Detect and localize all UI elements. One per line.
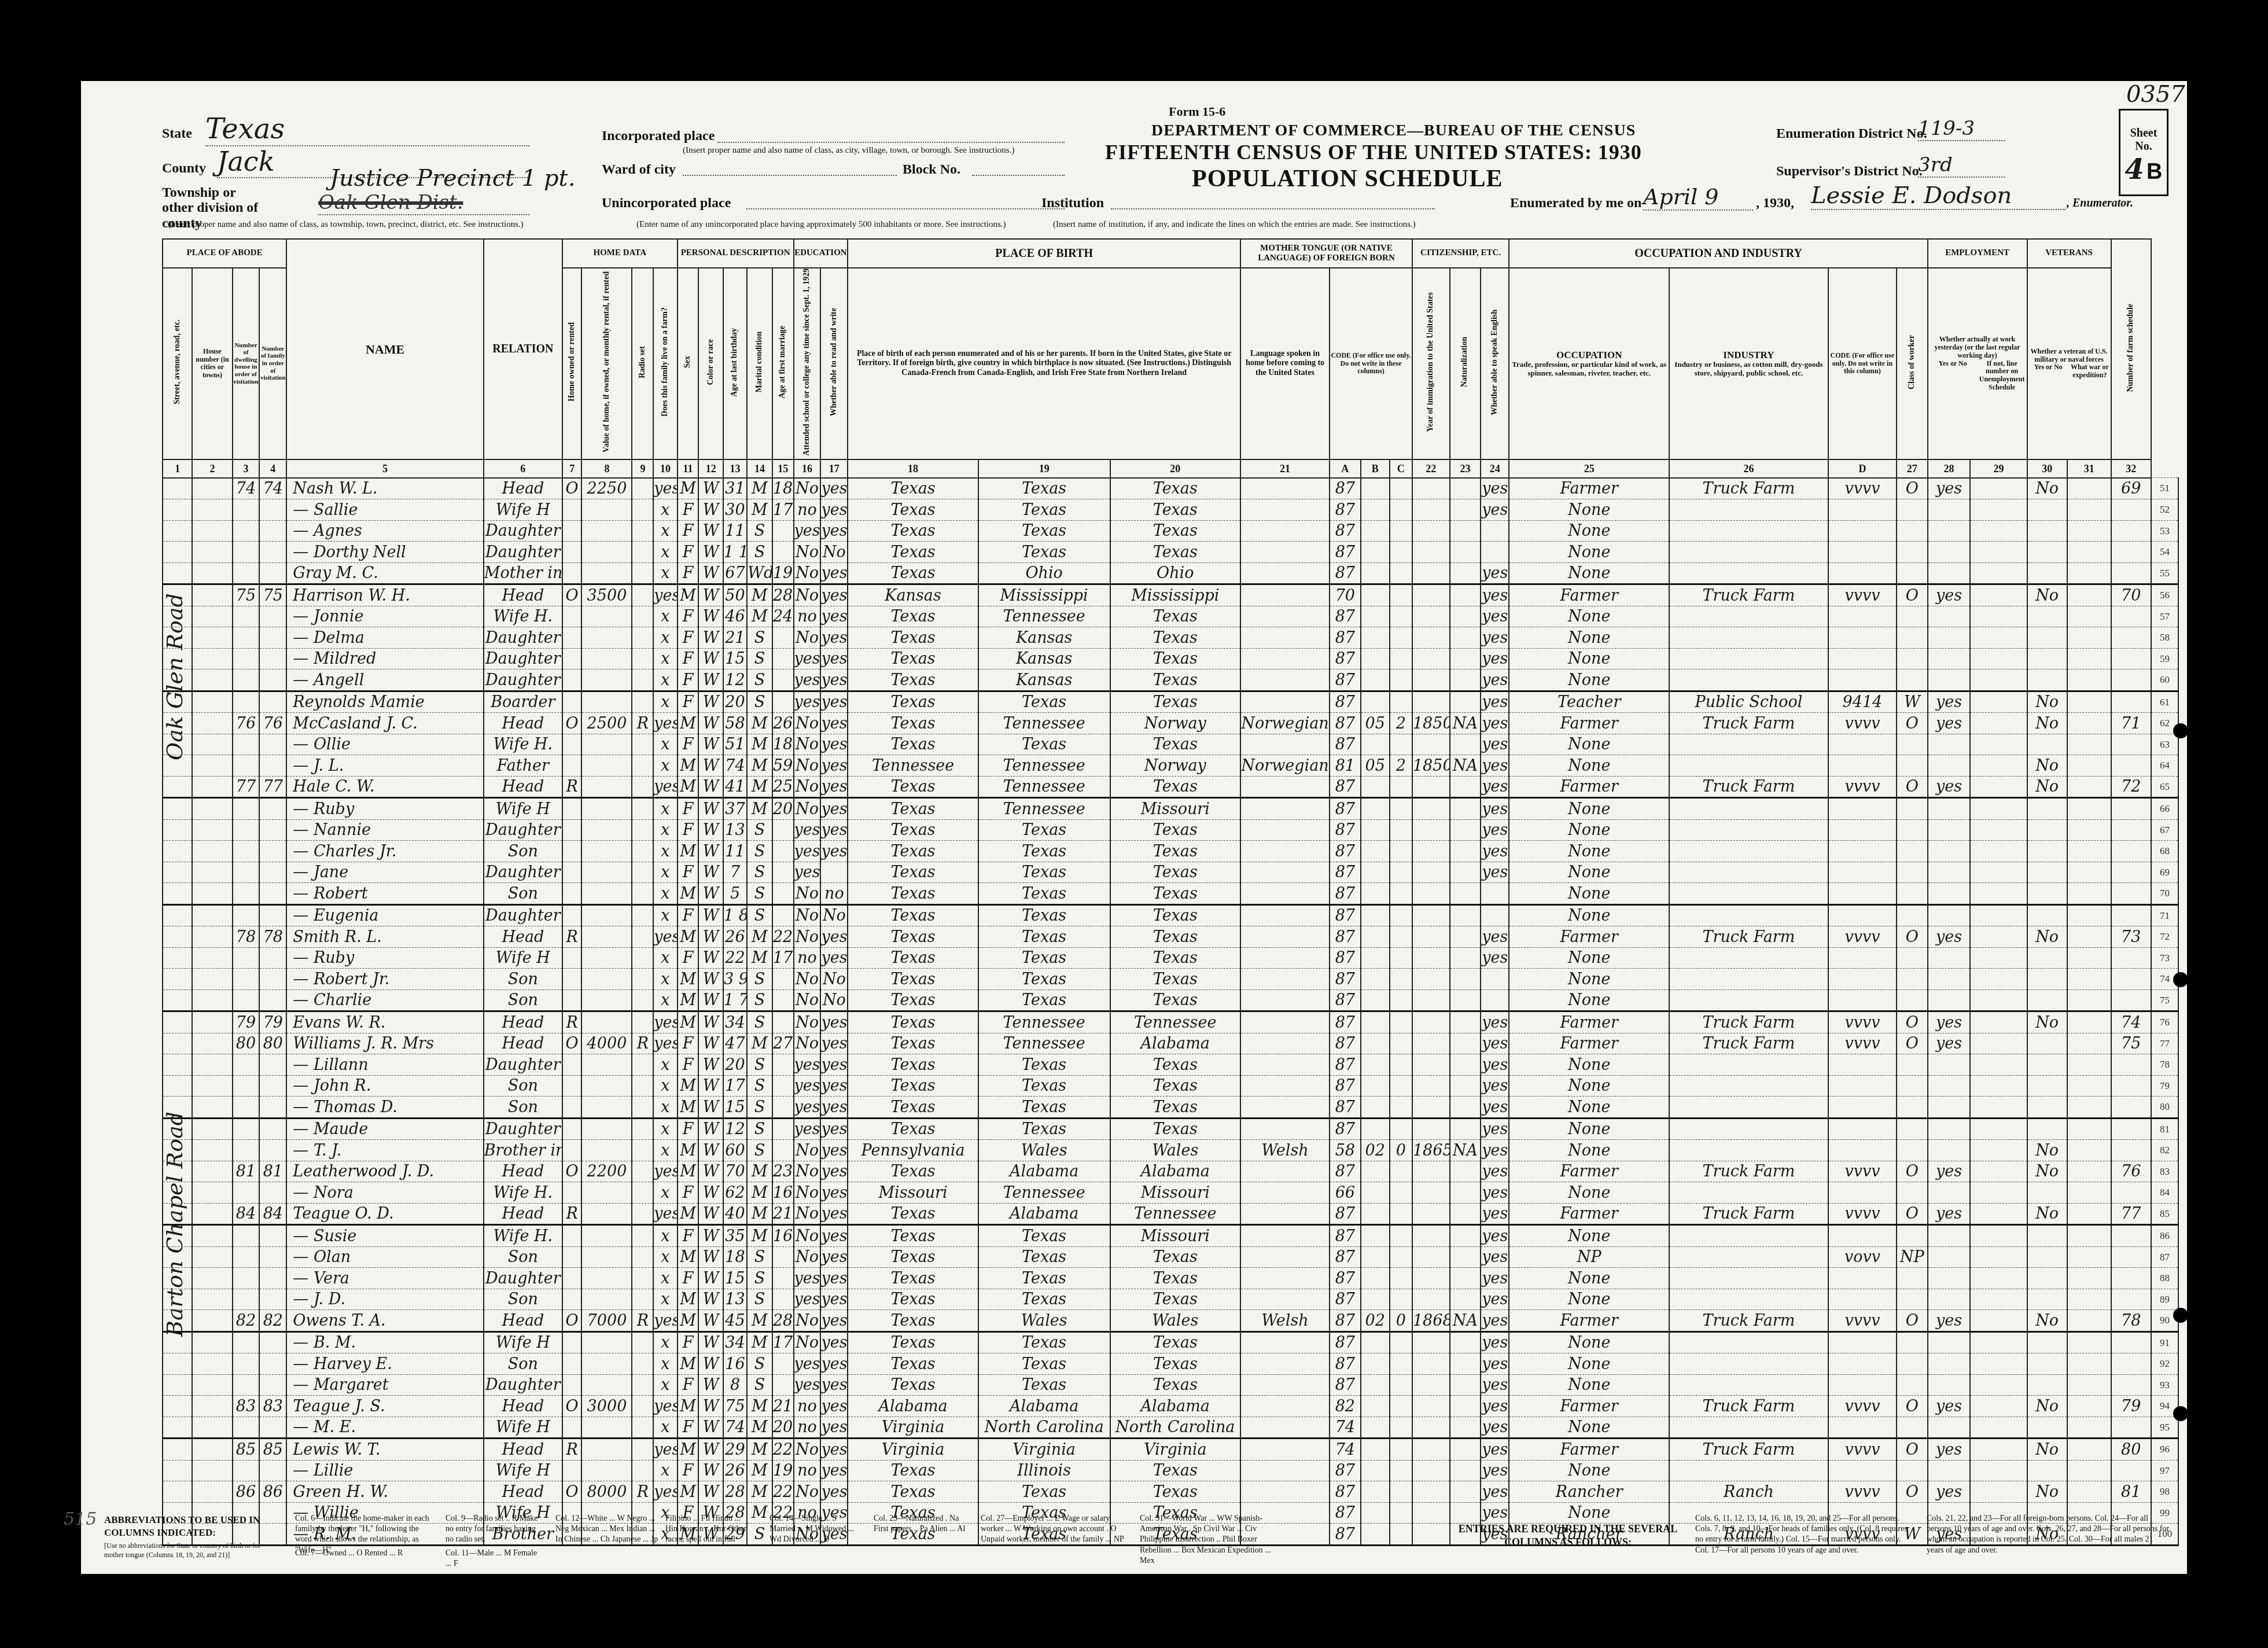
cell-farm: x: [653, 1140, 677, 1161]
cell-school: yes: [794, 1353, 821, 1375]
cell-read: yes: [820, 713, 848, 734]
cell-family: [259, 1054, 286, 1076]
cell-pob-father: Kansas: [978, 627, 1110, 649]
column-number: 32: [2111, 459, 2151, 478]
cell-race: W: [698, 627, 723, 649]
cell-sex: M: [678, 1140, 699, 1161]
abbreviations-footer: 515 ABBREVIATIONS TO BE USED IN COLUMNS …: [81, 1508, 2187, 1572]
column-number: 18: [848, 459, 978, 478]
cell-lang: [1240, 734, 1330, 755]
cell-street: [163, 755, 192, 777]
cell-natur: [1450, 1460, 1481, 1481]
cell-vet: [2027, 947, 2067, 969]
cell-farm: x: [653, 1353, 677, 1375]
cell-code-a: 58: [1330, 1140, 1361, 1161]
cell-vet: [2027, 1374, 2067, 1396]
cell-age: 12: [723, 669, 747, 691]
cell-farm-sched: 80: [2111, 1439, 2151, 1461]
cell-age-marr: [772, 691, 794, 713]
cell-dwelling: [233, 669, 260, 691]
cell-age-marr: 19: [772, 562, 794, 584]
cell-pob-father: Alabama: [978, 1396, 1110, 1417]
cell-code-b: [1361, 1268, 1390, 1289]
cell-read: yes: [820, 1011, 848, 1033]
cell-farm-sched: [2111, 883, 2151, 905]
cell-war: [2067, 499, 2111, 521]
cell-name: — Robert Jr.: [286, 969, 483, 990]
cell-at-work: [1928, 904, 1971, 926]
cell-radio: [632, 798, 653, 820]
cell-vet: [2027, 1331, 2067, 1353]
cell-code-c: [1390, 1054, 1412, 1076]
cell-vet: No: [2027, 1203, 2067, 1225]
cell-age: 15: [723, 648, 747, 669]
cell-age-marr: 19: [772, 1460, 794, 1481]
cell-unemp: [1970, 1353, 2027, 1375]
column-number: 16: [794, 459, 821, 478]
cell-pob: Texas: [848, 1161, 978, 1182]
cell-owned: [562, 1374, 581, 1396]
cell-race: W: [698, 562, 723, 584]
cell-owned: [562, 755, 581, 777]
cell-line: 53: [2151, 520, 2178, 542]
cell-pob-mother: Alabama: [1110, 1396, 1240, 1417]
cell-war: [2067, 1182, 2111, 1204]
cell-age-marr: [772, 883, 794, 905]
cell-vet: [2027, 669, 2067, 691]
cell-sex: F: [678, 1460, 699, 1481]
table-row: — LillieWife HxFW26M19noyesTexasIllinois…: [163, 1460, 2178, 1481]
cell-pob-mother: North Carolina: [1110, 1417, 1240, 1439]
cell-age-marr: [772, 1011, 794, 1033]
cell-english: yes: [1481, 1289, 1509, 1310]
cell-pob-mother: Texas: [1110, 499, 1240, 521]
cell-at-work: [1928, 798, 1971, 820]
cell-marital: S: [747, 1054, 772, 1076]
cell-name: Teague J. S.: [286, 1396, 483, 1417]
cell-farm-sched: [2111, 734, 2151, 755]
cell-pob-mother: Texas: [1110, 1481, 1240, 1503]
cell-relation: Daughter: [484, 1118, 562, 1140]
cell-code-a: 87: [1330, 478, 1361, 499]
sheet-side: B: [2146, 160, 2162, 184]
cell-sex: F: [678, 1225, 699, 1247]
cell-pob-father: Texas: [978, 947, 1110, 969]
cell-english: [1481, 904, 1509, 926]
cell-immig: [1412, 947, 1450, 969]
enum-district-label: Enumeration District No.: [1776, 126, 1927, 142]
cell-marital: S: [747, 989, 772, 1011]
cell-immig: 1868: [1412, 1310, 1450, 1332]
cell-industry: [1669, 1140, 1828, 1161]
cell-lang: [1240, 1460, 1330, 1481]
group-header-relation: RELATION: [484, 239, 562, 459]
cell-sex: M: [678, 1353, 699, 1375]
cell-unemp: [1970, 798, 2027, 820]
table-row: Reynolds MamieBoarderxFW20SyesyesTexasTe…: [163, 691, 2178, 713]
cell-class: [1897, 1118, 1928, 1140]
cell-vet: No: [2027, 478, 2067, 499]
cell-school: No: [794, 755, 821, 777]
table-row: — MaudeDaughterxFW12SyesyesTexasTexasTex…: [163, 1118, 2178, 1140]
cell-occupation: None: [1509, 969, 1669, 990]
cell-vet: [2027, 989, 2067, 1011]
cell-family: [259, 606, 286, 627]
cell-owned: [562, 1225, 581, 1247]
column-number: 29: [1970, 459, 2027, 478]
cell-race: W: [698, 691, 723, 713]
cell-english: yes: [1481, 1033, 1509, 1054]
cell-code-d: vvvv: [1828, 926, 1897, 948]
cell-age-marr: 16: [772, 1225, 794, 1247]
cell-class: [1897, 755, 1928, 777]
cell-vet: [2027, 1033, 2067, 1054]
cell-unemp: [1970, 1097, 2027, 1119]
cell-occupation: None: [1509, 1460, 1669, 1481]
cell-value: [581, 499, 632, 521]
table-row: — DelmaDaughterxFW21SNoyesTexasKansasTex…: [163, 627, 2178, 649]
cell-line: 89: [2151, 1289, 2178, 1310]
cell-radio: [632, 989, 653, 1011]
header-language: Language spoken in home before coming to…: [1240, 268, 1330, 459]
unincorporated-value: [746, 208, 1065, 209]
cell-code-a: 87: [1330, 1011, 1361, 1033]
cell-code-d: vvvv: [1828, 776, 1897, 798]
cell-war: [2067, 1054, 2111, 1076]
cell-code-c: [1390, 1417, 1412, 1439]
cell-natur: [1450, 542, 1481, 563]
cell-age: 1 7/12: [723, 989, 747, 1011]
cell-sex: F: [678, 819, 699, 841]
cell-age: 21: [723, 627, 747, 649]
column-number: B: [1361, 459, 1390, 478]
cell-code-a: 87: [1330, 862, 1361, 883]
cell-house: [192, 1246, 232, 1268]
cell-age: 29: [723, 1439, 747, 1461]
cell-pob: Missouri: [848, 1182, 978, 1204]
cell-pob-father: Kansas: [978, 669, 1110, 691]
cell-lang: [1240, 1054, 1330, 1076]
cell-owned: [562, 627, 581, 649]
cell-age-marr: [772, 1097, 794, 1119]
cell-farm-sched: [2111, 819, 2151, 841]
cell-age-marr: [772, 904, 794, 926]
cell-street: [163, 1054, 192, 1076]
cell-house: [192, 926, 232, 948]
cell-english: yes: [1481, 947, 1509, 969]
cell-immig: [1412, 734, 1450, 755]
cell-farm-sched: [2111, 755, 2151, 777]
cell-pob-father: Texas: [978, 1054, 1110, 1076]
cell-pob: Texas: [848, 478, 978, 499]
cell-read: No: [820, 542, 848, 563]
cell-age: 50: [723, 584, 747, 606]
cell-age-marr: 25: [772, 776, 794, 798]
cell-farm: x: [653, 1374, 677, 1396]
cell-house: [192, 627, 232, 649]
cell-name: — Lillie: [286, 1460, 483, 1481]
cell-dwelling: [233, 969, 260, 990]
cell-family: [259, 1460, 286, 1481]
column-number: 4: [259, 459, 286, 478]
cell-read: yes: [820, 1203, 848, 1225]
cell-at-work: [1928, 819, 1971, 841]
cell-war: [2067, 606, 2111, 627]
cell-dwelling: [233, 1225, 260, 1247]
cell-pob: Tennessee: [848, 755, 978, 777]
table-row: 8686Green H. W.HeadO8000RyesMW28M22Noyes…: [163, 1481, 2178, 1503]
county-label: County: [162, 161, 206, 176]
cell-war: [2067, 1417, 2111, 1439]
cell-family: 76: [259, 713, 286, 734]
cell-english: yes: [1481, 478, 1509, 499]
cell-sex: F: [678, 1331, 699, 1353]
table-row: — Dorthy NellDaughterxFW1 1/2SNoNoTexasT…: [163, 542, 2178, 563]
column-number: 12: [698, 459, 723, 478]
cell-unemp: [1970, 841, 2027, 862]
table-row: — NoraWife H.xFW62M16NoyesMissouriTennes…: [163, 1182, 2178, 1204]
cell-radio: R: [632, 1033, 653, 1054]
cell-occupation: Farmer: [1509, 1011, 1669, 1033]
cell-marital: M: [747, 1310, 772, 1332]
header-birth-note: Place of birth of each person enumerated…: [848, 268, 1240, 459]
cell-lang: [1240, 969, 1330, 990]
cell-dwelling: [233, 562, 260, 584]
cell-code-b: [1361, 1075, 1390, 1097]
cell-name: Gray M. C.: [286, 562, 483, 584]
cell-family: [259, 1353, 286, 1375]
cell-industry: Truck Farm: [1669, 1033, 1828, 1054]
cell-code-d: vvvv: [1828, 1161, 1897, 1182]
cell-family: 83: [259, 1396, 286, 1417]
cell-unemp: [1970, 1161, 2027, 1182]
cell-name: — Agnes: [286, 520, 483, 542]
cell-read: yes: [820, 606, 848, 627]
cell-code-a: 82: [1330, 1396, 1361, 1417]
cell-industry: [1669, 1118, 1828, 1140]
cell-at-work: [1928, 1225, 1971, 1247]
cell-code-b: [1361, 841, 1390, 862]
cell-school: No: [794, 562, 821, 584]
cell-occupation: None: [1509, 1140, 1669, 1161]
cell-farm-sched: [2111, 947, 2151, 969]
cell-relation: Wife H: [484, 798, 562, 820]
cell-class: O: [1897, 1310, 1928, 1332]
cell-unemp: [1970, 926, 2027, 948]
cell-dwelling: [233, 499, 260, 521]
cell-code-d: [1828, 755, 1897, 777]
cell-pob-mother: Missouri: [1110, 1182, 1240, 1204]
cell-unemp: [1970, 499, 2027, 521]
cell-unemp: [1970, 713, 2027, 734]
cell-war: [2067, 798, 2111, 820]
cell-owned: [562, 606, 581, 627]
cell-unemp: [1970, 1182, 2027, 1204]
cell-industry: [1669, 627, 1828, 649]
cell-radio: [632, 755, 653, 777]
cell-code-a: 74: [1330, 1417, 1361, 1439]
cell-race: W: [698, 1289, 723, 1310]
cell-read: yes: [820, 1097, 848, 1119]
cell-vet: [2027, 520, 2067, 542]
cell-class: [1897, 627, 1928, 649]
form-number: Form 15-6: [1169, 104, 1225, 119]
cell-at-work: [1928, 648, 1971, 669]
table-row: — SusieWife H.xFW35M16NoyesTexasTexasMis…: [163, 1225, 2178, 1247]
cell-vet: [2027, 1460, 2067, 1481]
cell-vet: [2027, 1289, 2067, 1310]
cell-vet: [2027, 819, 2067, 841]
cell-house: [192, 1331, 232, 1353]
cell-name: — Sallie: [286, 499, 483, 521]
cell-at-work: yes: [1928, 1439, 1971, 1461]
cell-class: [1897, 648, 1928, 669]
cell-radio: [632, 841, 653, 862]
cell-line: 79: [2151, 1075, 2178, 1097]
cell-war: [2067, 1011, 2111, 1033]
cell-occupation: Farmer: [1509, 584, 1669, 606]
cell-value: [581, 841, 632, 862]
cell-line: 54: [2151, 542, 2178, 563]
cell-value: [581, 1331, 632, 1353]
cell-radio: [632, 1161, 653, 1182]
cell-lang: [1240, 1289, 1330, 1310]
cell-marital: S: [747, 819, 772, 841]
cell-pob-mother: Texas: [1110, 1353, 1240, 1375]
cell-code-b: [1361, 1481, 1390, 1503]
cell-farm: yes: [653, 1310, 677, 1332]
cell-pob: Texas: [848, 542, 978, 563]
cell-natur: [1450, 669, 1481, 691]
cell-age-marr: [772, 969, 794, 990]
cell-class: [1897, 904, 1928, 926]
cell-code-a: 87: [1330, 883, 1361, 905]
cell-street: [163, 1460, 192, 1481]
cell-natur: [1450, 1481, 1481, 1503]
sheet-number: 4: [2125, 153, 2144, 186]
cell-code-a: 70: [1330, 584, 1361, 606]
cell-sex: M: [678, 989, 699, 1011]
cell-natur: [1450, 1396, 1481, 1417]
cell-code-c: 0: [1390, 1310, 1412, 1332]
cell-english: yes: [1481, 1182, 1509, 1204]
cell-code-a: 87: [1330, 734, 1361, 755]
cell-code-a: 87: [1330, 1310, 1361, 1332]
cell-pob-mother: Missouri: [1110, 1225, 1240, 1247]
cell-owned: [562, 1118, 581, 1140]
cell-name: — Eugenia: [286, 904, 483, 926]
cell-name: Owens T. A.: [286, 1310, 483, 1332]
cell-vet: No: [2027, 1011, 2067, 1033]
cell-farm: x: [653, 819, 677, 841]
cell-owned: R: [562, 1439, 581, 1461]
cell-dwelling: 83: [233, 1396, 260, 1417]
cell-relation: Son: [484, 969, 562, 990]
cell-unemp: [1970, 606, 2027, 627]
cell-war: [2067, 1396, 2111, 1417]
cell-farm-sched: [2111, 499, 2151, 521]
cell-school: No: [794, 542, 821, 563]
cell-street: [163, 1182, 192, 1204]
cell-marital: M: [747, 776, 772, 798]
cell-pob-mother: Texas: [1110, 1289, 1240, 1310]
cell-owned: O: [562, 1310, 581, 1332]
cell-code-b: [1361, 606, 1390, 627]
cell-pob-mother: Texas: [1110, 904, 1240, 926]
cell-immig: [1412, 562, 1450, 584]
cell-farm-sched: [2111, 627, 2151, 649]
cell-farm: x: [653, 1118, 677, 1140]
cell-house: [192, 669, 232, 691]
cell-relation: Daughter: [484, 1268, 562, 1289]
cell-read: yes: [820, 1310, 848, 1332]
cell-code-a: 87: [1330, 776, 1361, 798]
table-row: — JonnieWife H.xFW46M24noyesTexasTenness…: [163, 606, 2178, 627]
cell-value: [581, 1460, 632, 1481]
cell-industry: [1669, 648, 1828, 669]
cell-dwelling: 75: [233, 584, 260, 606]
column-number: 24: [1481, 459, 1509, 478]
cell-read: yes: [820, 1033, 848, 1054]
cell-radio: [632, 1054, 653, 1076]
cell-family: [259, 1140, 286, 1161]
cell-code-c: [1390, 669, 1412, 691]
cell-sex: F: [678, 1054, 699, 1076]
cell-race: W: [698, 478, 723, 499]
cell-value: [581, 1225, 632, 1247]
cell-pob-father: Tennessee: [978, 1011, 1110, 1033]
cell-radio: [632, 1075, 653, 1097]
cell-code-c: [1390, 1246, 1412, 1268]
cell-vet: No: [2027, 1161, 2067, 1182]
cell-immig: 1850: [1412, 713, 1450, 734]
cell-marital: S: [747, 1011, 772, 1033]
cell-radio: [632, 627, 653, 649]
cell-natur: [1450, 1118, 1481, 1140]
cell-line: 60: [2151, 669, 2178, 691]
cell-industry: [1669, 606, 1828, 627]
cell-radio: R: [632, 1310, 653, 1332]
cell-sex: M: [678, 755, 699, 777]
table-row: — OllieWife H.xFW51M18NoyesTexasTexasTex…: [163, 734, 2178, 755]
cell-pob-mother: Virginia: [1110, 1439, 1240, 1461]
cell-street: [163, 562, 192, 584]
cell-house: [192, 1289, 232, 1310]
cell-immig: [1412, 1331, 1450, 1353]
cell-code-a: 87: [1330, 1161, 1361, 1182]
cell-immig: [1412, 1353, 1450, 1375]
cell-owned: [562, 904, 581, 926]
cell-pob-mother: Texas: [1110, 542, 1240, 563]
cell-code-c: [1390, 1118, 1412, 1140]
cell-natur: [1450, 1182, 1481, 1204]
cell-owned: O: [562, 478, 581, 499]
cell-at-work: yes: [1928, 1161, 1971, 1182]
cell-sex: M: [678, 584, 699, 606]
cell-line: 82: [2151, 1140, 2178, 1161]
cell-read: yes: [820, 648, 848, 669]
cell-vet: [2027, 499, 2067, 521]
cell-house: [192, 1118, 232, 1140]
cell-war: [2067, 562, 2111, 584]
cell-industry: Public School: [1669, 691, 1828, 713]
cell-read: yes: [820, 1374, 848, 1396]
cell-unemp: [1970, 1203, 2027, 1225]
cell-farm-sched: [2111, 1374, 2151, 1396]
cell-sex: M: [678, 1289, 699, 1310]
group-header-citizenship: CITIZENSHIP, ETC.: [1412, 239, 1509, 268]
cell-relation: Son: [484, 883, 562, 905]
